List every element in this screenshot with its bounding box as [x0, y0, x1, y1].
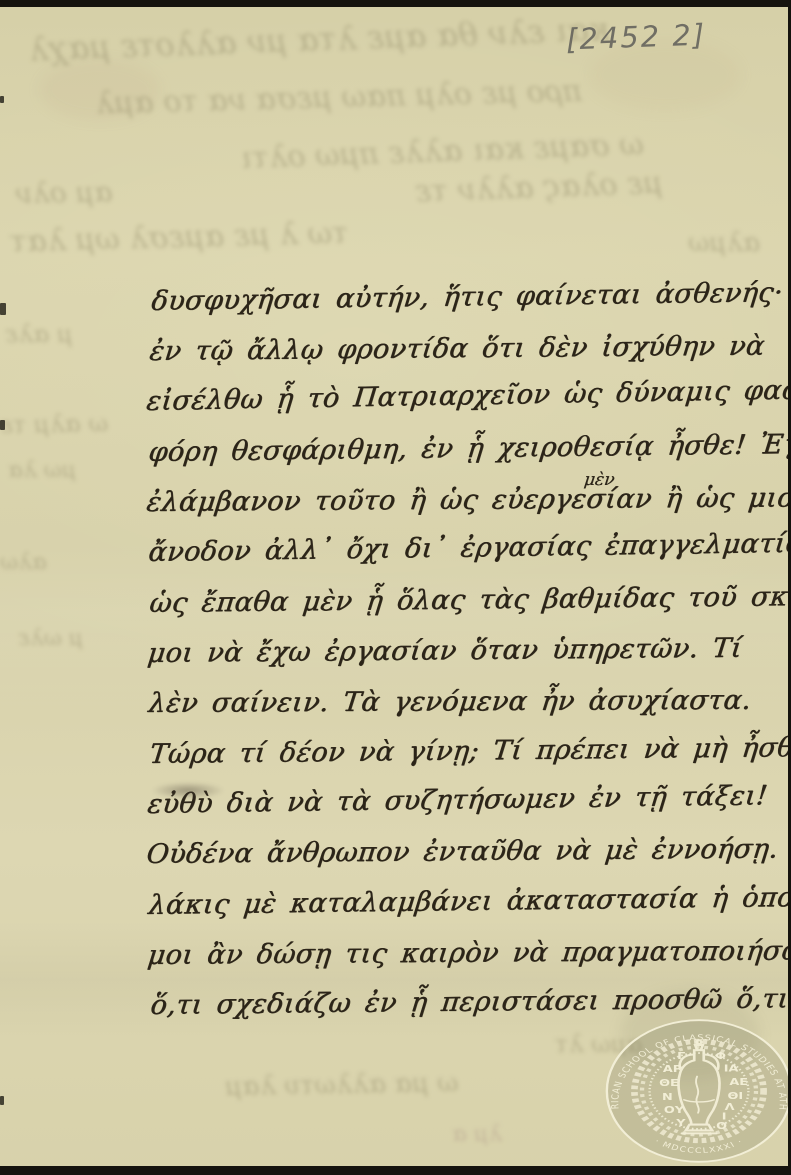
bleedthrough-line: και ελν θα αμε λτα μν αλλοτε μαχλ: [28, 10, 611, 68]
scan-edge-nick: [0, 303, 6, 315]
letter-line: μοι ἂν δώσῃ τις καιρὸν νὰ πραγματοποιήσω: [146, 935, 791, 971]
letter-line: ἐλάμβανον τοῦτο ἢ ὡς εὐεργεσίαν ἢ ὡς μισ…: [145, 482, 791, 518]
svg-text:Ο: Ο: [716, 1119, 727, 1131]
interline-insertion: μὲν: [583, 470, 616, 490]
svg-text:Γ: Γ: [677, 1049, 685, 1061]
svg-text:ΑΡ: ΑΡ: [663, 1063, 682, 1075]
scan-edge-nick: [0, 96, 4, 103]
letter-line: Οὐδένα ἄνθρωπον ἐνταῦθα νὰ μὲ ἐννοήσῃ. Π…: [145, 833, 791, 870]
svg-text:ΙΑ: ΙΑ: [724, 1062, 739, 1074]
letter-line: λάκις μὲ καταλαμβάνει ἀκαταστασία ἡ ὁποί…: [147, 882, 791, 921]
bleedthrough-line: μω λα: [8, 458, 76, 483]
svg-text:ΑΕ: ΑΕ: [729, 1076, 748, 1088]
catalog-number: [2452 2]: [565, 18, 706, 57]
letter-line: ὡς ἔπαθα μὲν ᾗ ὅλας τὰς βαθμίδας τοῦ σκα…: [148, 581, 791, 619]
letter-line: δυσφυχῆσαι αὐτήν, ἥτις φαίνεται ἀσθενής·…: [150, 276, 791, 317]
scanned-letter-page: και ελν θα αμε λτα μν αλλοτε μαχλ προ με…: [0, 0, 791, 1175]
letter-line: ὅ,τι σχεδιάζω ἐν ᾗ περιστάσει προσθῶ ὅ,τ…: [149, 983, 791, 1021]
bleedthrough-line: τω λ με αμεσλ ωμ λατ: [10, 216, 349, 260]
letter-line: Τώρα τί δέον νὰ γίνῃ; Τί πρέπει νὰ μὴ ἦσ…: [148, 732, 791, 770]
bleedthrough-line: μ ωλε: [18, 626, 83, 651]
svg-text:ΘΕ: ΘΕ: [659, 1076, 679, 1088]
letter-line: μοι νὰ ἔχω ἐργασίαν ὅταν ὑπηρετῶν. Τί: [146, 633, 744, 669]
letter-line: εἰσέλθω ᾗ τὸ Πατριαρχεῖον ὡς δύναμις φασ…: [145, 374, 791, 417]
bleedthrough-line: αλω: [0, 550, 47, 575]
svg-text:Ν: Ν: [662, 1090, 673, 1102]
bleedthrough-line: ω μα αλλωτυ λαμ: [225, 1068, 459, 1102]
bleedthrough-line: προ με ολμ παω μεσα να το αμλ: [95, 74, 583, 122]
svg-text:ΟΥ: ΟΥ: [664, 1103, 685, 1115]
embossed-seal: AMERICAN SCHOOL OF CLASSICAL STUDIES AT …: [604, 1018, 791, 1164]
scan-edge-top: [0, 0, 791, 7]
letter-line: ἄνοδον ἀλλ᾽ ὄχι δι᾽ ἐργασίας ἐπαγγελματί…: [147, 528, 791, 568]
bleedthrough-line: ω αλμ τε: [0, 409, 108, 439]
letter-line: εὐθὺ διὰ νὰ τὰ συζητήσωμεν ἐν τῇ τάξει!: [146, 780, 769, 820]
svg-text:Φ: Φ: [715, 1049, 726, 1061]
bleedthrough-line: με ολας αλλν τε: [414, 166, 663, 210]
bleedthrough-line: αλμω: [688, 228, 760, 258]
svg-text:Υ: Υ: [675, 1117, 686, 1129]
letter-line: λὲν σαίνειν. Τὰ γενόμενα ἦν ἀσυχίαστα.: [147, 685, 753, 719]
scan-edge-nick: [0, 420, 5, 430]
scan-edge-nick: [0, 1096, 4, 1105]
letter-line: ἐν τῷ ἄλλῳ φροντίδα ὅτι δὲν ἰσχύθην νὰ: [148, 331, 766, 367]
bleedthrough-line: μ αλε: [5, 320, 73, 348]
letter-line: φόρη θεσφάριθμη, ἐν ᾗ χειροθεσίᾳ ἦσθε! Ἐ…: [147, 428, 791, 468]
scan-edge-bottom: [0, 1166, 791, 1175]
bleedthrough-line: λμ α: [452, 1122, 502, 1147]
ink-smudge: [152, 782, 224, 799]
bleedthrough-line: αμ ολν: [15, 175, 113, 210]
